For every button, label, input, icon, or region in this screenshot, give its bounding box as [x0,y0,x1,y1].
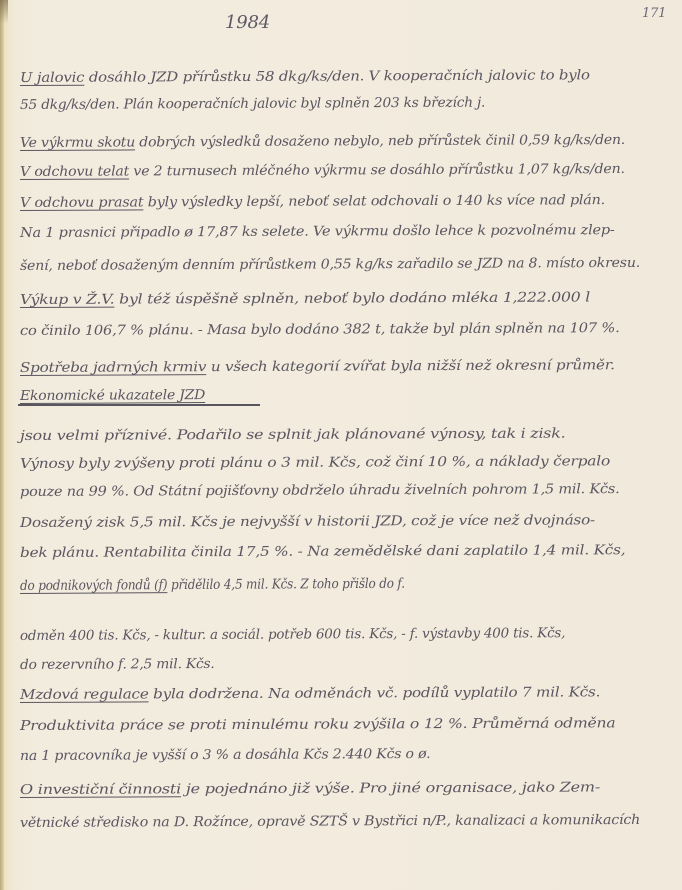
text-line: Dosažený zisk 5,5 mil. Kčs je nejvyšší v… [20,512,595,531]
text-line: šení, neboť dosaženým denním přírůstkem … [20,255,640,274]
page-number: 171 [642,6,666,21]
text-line: do podnikových fondů (f) přidělilo 4,5 m… [20,576,405,594]
text-line: Produktivita práce se proti minulému rok… [20,715,616,734]
underlined-topic: Ve výkrmu skotu [20,134,135,151]
line-text: jsou velmi příznivé. Podařilo se splnit … [20,426,566,444]
underlined-topic: Spotřeba jadrných krmiv [20,359,206,376]
line-text: je pojednáno již výše. Pro jiné organisa… [181,779,600,797]
text-line: odměn 400 tis. Kčs, - kultur. a sociál. … [20,625,565,644]
line-text: na 1 pracovníka je vyšší o 3 % a dosáhla… [20,746,430,764]
line-text: Na 1 prasnici připadlo ø 17,87 ks selete… [20,222,615,241]
text-line: O investiční činnosti je pojednáno již v… [20,779,600,798]
text-line: V odchovu prasat byly výsledky lepší, ne… [20,192,605,211]
line-text: odměn 400 tis. Kčs, - kultur. a sociál. … [20,625,565,644]
underlined-topic: do podnikových fondů (f) [20,577,167,594]
text-line: Výkup v Ž.V. byl též úspěšně splněn, neb… [20,289,590,308]
underlined-topic: V odchovu prasat [20,194,143,211]
line-text: co činilo 106,7 % plánu. - Masa bylo dod… [20,320,620,339]
text-line: V odchovu telat ve 2 turnusech mléčného … [20,161,625,180]
line-text: ve 2 turnusech mléčného výkrmu se dosáhl… [129,161,625,179]
text-line: Mzdová regulace byla dodržena. Na odměná… [20,684,600,703]
text-line: větnické středisko na D. Rožínce, opravě… [20,812,640,831]
text-line: pouze na 99 %. Od Státní pojišťovny obdr… [20,481,620,500]
line-text: pouze na 99 %. Od Státní pojišťovny obdr… [20,481,620,500]
text-line: Výnosy byly zvýšeny proti plánu o 3 mil.… [20,453,610,472]
text-line: Spotřeba jadrných krmiv u všech kategori… [20,357,615,376]
text-line: Ekonomické ukazatele JZD [20,387,205,404]
line-text: dobrých výsledků dosaženo nebylo, neb př… [135,132,625,150]
text-line: na 1 pracovníka je vyšší o 3 % a dosáhla… [20,746,430,764]
text-line: jsou velmi příznivé. Podařilo se splnit … [20,426,566,444]
line-text: byly výsledky lepší, neboť selat odchova… [143,192,605,210]
line-text: u všech kategorií zvířat byla nižší než … [206,357,615,375]
line-text: Produktivita práce se proti minulému rok… [20,715,616,734]
text-line: Ve výkrmu skotu dobrých výsledků dosažen… [20,132,625,151]
text-line: do rezervního f. 2,5 mil. Kčs. [20,656,215,673]
underlined-topic: Ekonomické ukazatele JZD [20,387,205,404]
line-text: šení, neboť dosaženým denním přírůstkem … [20,255,640,274]
line-text: větnické středisko na D. Rožínce, opravě… [20,812,640,831]
line-text: bek plánu. Rentabilita činila 17,5 %. - … [20,542,625,561]
text-line: co činilo 106,7 % plánu. - Masa bylo dod… [20,320,620,339]
text-line: 55 dkg/ks/den. Plán kooperačních jalovic… [20,95,485,113]
line-text: dosáhlo JZD přírůstku 58 dkg/ks/den. V k… [84,67,590,85]
chronicle-page: 1984 171 U jalovic dosáhlo JZD přírůstku… [0,0,682,890]
corner-shadow [0,0,8,24]
underlined-topic: U jalovic [20,70,84,86]
underlined-topic: V odchovu telat [20,163,129,180]
year-heading: 1984 [225,12,270,33]
line-text: byl též úspěšně splněn, neboť bylo dodán… [114,289,590,307]
text-line: Na 1 prasnici připadlo ø 17,87 ks selete… [20,222,615,241]
text-line: bek plánu. Rentabilita činila 17,5 %. - … [20,542,625,561]
line-text: byla dodržena. Na odměnách vč. podílů vy… [149,684,601,702]
line-text: do rezervního f. 2,5 mil. Kčs. [20,656,215,673]
binding-edge [0,0,4,890]
heading-underline-rule [18,404,260,406]
line-text: přidělilo 4,5 mil. Kčs. Z toho přišlo do… [167,576,405,593]
line-text: Výnosy byly zvýšeny proti plánu o 3 mil.… [20,453,610,472]
line-text: Dosažený zisk 5,5 mil. Kčs je nejvyšší v… [20,512,595,531]
text-line: U jalovic dosáhlo JZD přírůstku 58 dkg/k… [20,67,590,86]
underlined-topic: Výkup v Ž.V. [20,292,114,308]
underlined-topic: Mzdová regulace [20,686,149,703]
line-text: 55 dkg/ks/den. Plán kooperačních jalovic… [20,95,485,113]
underlined-topic: O investiční činnosti [20,781,181,798]
